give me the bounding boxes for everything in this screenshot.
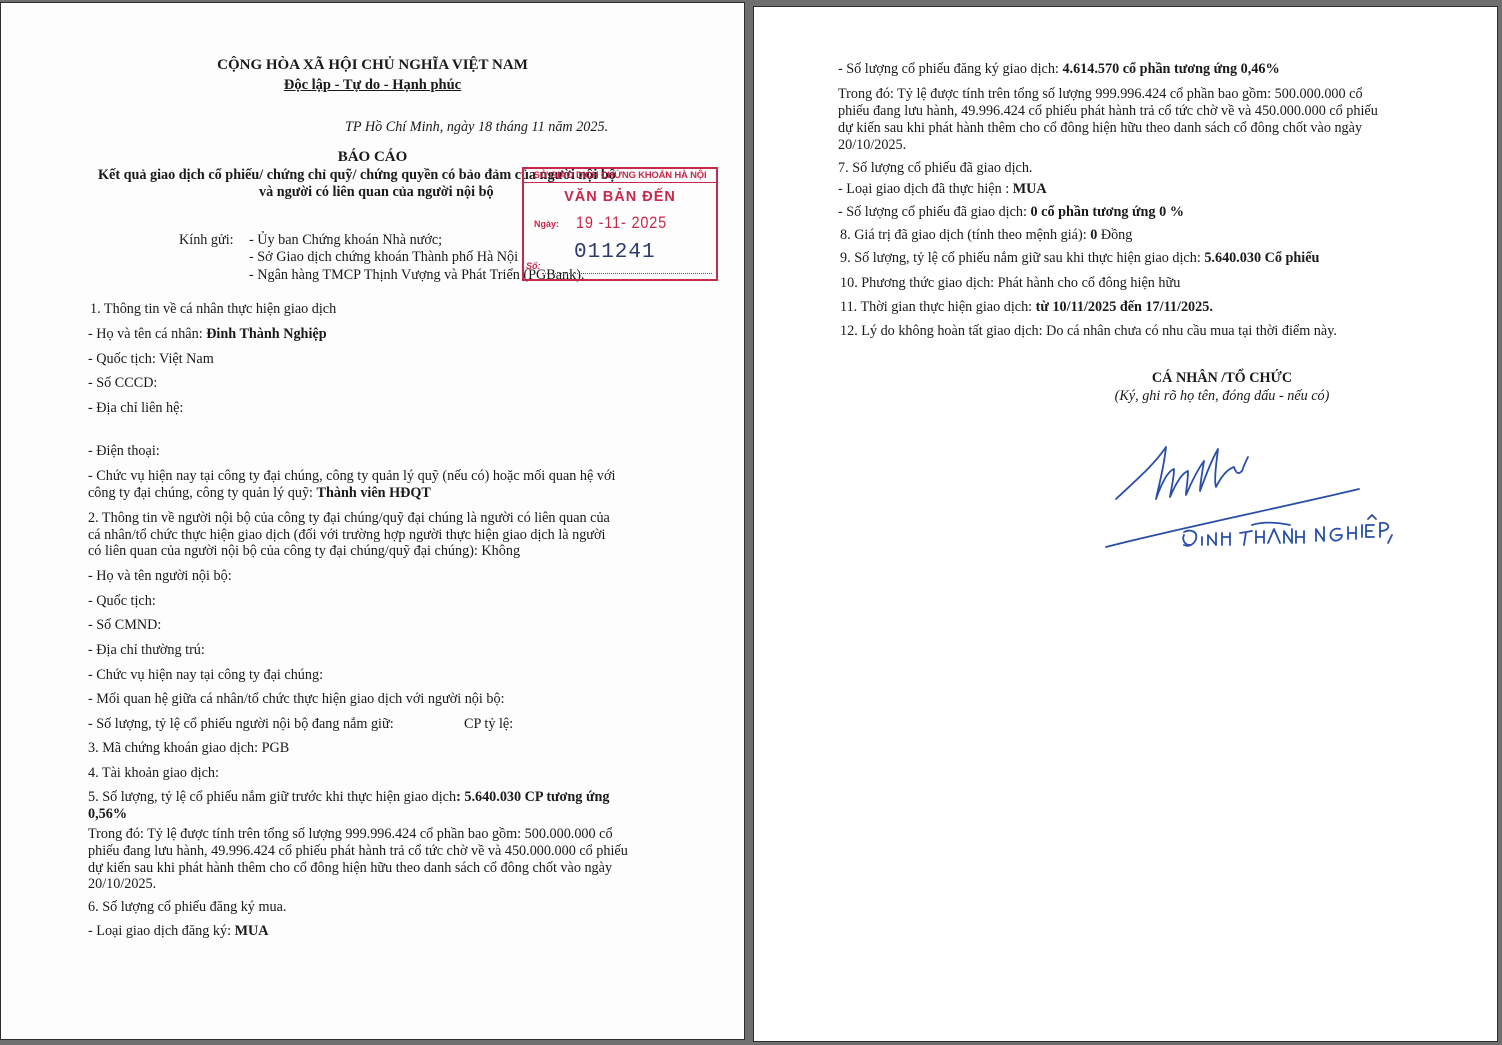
- section-8-label: 8. Giá trị đã giao dịch (tính theo mệnh …: [840, 227, 1090, 243]
- section-10: 10. Phương thức giao dịch: Phát hành cho…: [840, 275, 1180, 291]
- section-5-row: 5. Số lượng, tỷ lệ cổ phiếu nắm giữ trướ…: [88, 789, 609, 805]
- insider-id-row: - Số CMND:: [88, 617, 161, 633]
- stamp-org: SỞ GIAO DỊCH CHỨNG KHOÁN HÀ NỘI: [524, 170, 716, 183]
- registered-note-2: phiếu đang lưu hành, 49.996.424 cổ phiếu…: [838, 103, 1378, 119]
- section-5-label: 5. Số lượng, tỷ lệ cổ phiếu nắm giữ trướ…: [88, 789, 456, 805]
- position-row-2: công ty đại chúng, công ty quản lý quỹ: …: [88, 485, 431, 501]
- stamp-number-label: Số:: [526, 261, 541, 271]
- section-5-note-1: Trong đó: Tỷ lệ được tính trên tổng số l…: [88, 826, 613, 842]
- section-7-type-label: - Loại giao dịch đã thực hiện :: [838, 181, 1013, 197]
- stamp-date: 19 -11- 2025: [576, 213, 667, 233]
- registered-note-4: 20/10/2025.: [838, 137, 906, 153]
- position-value: Thành viên HĐQT: [317, 485, 431, 501]
- place-date: TP Hồ Chí Minh, ngày 18 tháng 11 năm 202…: [345, 119, 608, 135]
- section-11-label: 11. Thời gian thực hiện giao dịch:: [840, 299, 1036, 315]
- section-6-heading: 6. Số lượng cổ phiếu đăng ký mua.: [88, 899, 286, 915]
- recipients-label: Kính gửi:: [179, 232, 234, 248]
- section-5-note-4: 20/10/2025.: [88, 876, 156, 892]
- section-7-qty-value: 0 cổ phần tương ứng 0 %: [1031, 204, 1184, 220]
- signature-title: CÁ NHÂN /TỔ CHỨC: [1114, 370, 1330, 386]
- stamp-date-label: Ngày:: [534, 219, 559, 229]
- insider-address-row: - Địa chỉ thường trú:: [88, 642, 205, 658]
- section-7-type-row: - Loại giao dịch đã thực hiện : MUA: [838, 181, 1047, 197]
- stamp-title: VĂN BẢN ĐẾN: [524, 189, 716, 205]
- section-3: 3. Mã chứng khoán giao dịch: PGB: [88, 740, 289, 756]
- registered-note-1: Trong đó: Tỷ lệ được tính trên tổng số l…: [838, 86, 1363, 102]
- stamp-number: 011241: [574, 241, 656, 264]
- section-11-row: 11. Thời gian thực hiện giao dịch: từ 10…: [840, 299, 1213, 315]
- recipient-item: - Ủy ban Chứng khoán Nhà nước;: [249, 232, 442, 248]
- section-1-heading: 1. Thông tin về cá nhân thực hiện giao d…: [90, 301, 336, 317]
- section-2-heading-3: có liên quan của người nội bộ của công t…: [88, 543, 520, 559]
- section-6-type-label: - Loại giao dịch đăng ký:: [88, 923, 235, 939]
- position-label: công ty đại chúng, công ty quản lý quỹ:: [88, 485, 317, 501]
- section-5-note-3: dự kiến sau khi phát hành thêm cho cổ đô…: [88, 860, 612, 876]
- stamp-dotted-line: [542, 273, 712, 274]
- received-document-stamp: SỞ GIAO DỊCH CHỨNG KHOÁN HÀ NỘI VĂN BẢN …: [522, 167, 718, 281]
- section-9-row: 9. Số lượng, tỷ lệ cổ phiếu nắm giữ sau …: [840, 250, 1319, 266]
- document-page-1: CỘNG HÒA XÃ HỘI CHỦ NGHĨA VIỆT NAM Độc l…: [0, 2, 745, 1040]
- national-motto: Độc lập - Tự do - Hạnh phúc: [1, 77, 744, 93]
- position-row-1: - Chức vụ hiện nay tại công ty đại chúng…: [88, 468, 615, 484]
- signature-instruction: (Ký, ghi rõ họ tên, đóng dấu - nếu có): [1094, 388, 1350, 404]
- section-2-heading-1: 2. Thông tin về người nội bộ của công ty…: [88, 510, 610, 526]
- national-title: CỘNG HÒA XÃ HỘI CHỦ NGHĨA VIỆT NAM: [1, 57, 744, 73]
- id-card-row: - Số CCCD:: [88, 375, 157, 391]
- person-name-label: - Họ và tên cá nhân:: [88, 326, 206, 342]
- section-12: 12. Lý do không hoàn tất giao dịch: Do c…: [840, 323, 1337, 339]
- section-5-ratio: 0,56%: [88, 806, 127, 822]
- section-5-value: : 5.640.030 CP tương ứng: [456, 789, 609, 805]
- insider-holding-ratio: CP tỷ lệ:: [464, 716, 513, 732]
- registered-note-3: dự kiến sau khi phát hành thêm cho cổ đô…: [838, 120, 1362, 136]
- registered-qty-value: 4.614.570 cổ phần tương ứng 0,46%: [1062, 61, 1279, 77]
- section-7-qty-row: - Số lượng cổ phiếu đã giao dịch: 0 cổ p…: [838, 204, 1184, 220]
- insider-holding-row: - Số lượng, tỷ lệ cổ phiếu người nội bộ …: [88, 716, 394, 732]
- section-5-note-2: phiếu đang lưu hành, 49.996.424 cổ phiếu…: [88, 843, 628, 859]
- person-name-row: - Họ và tên cá nhân: Đinh Thành Nghiệp: [88, 326, 327, 342]
- section-6-type-value: MUA: [235, 923, 269, 939]
- section-11-value: từ 10/11/2025 đến 17/11/2025.: [1036, 299, 1213, 315]
- section-7-type-value: MUA: [1013, 181, 1047, 197]
- section-7-heading: 7. Số lượng cổ phiếu đã giao dịch.: [838, 160, 1032, 176]
- insider-nationality-row: - Quốc tịch:: [88, 593, 156, 609]
- report-title: BÁO CÁO: [1, 149, 744, 165]
- address-row: - Địa chỉ liên hệ:: [88, 400, 183, 416]
- document-page-2: - Số lượng cổ phiếu đăng ký giao dịch: 4…: [753, 6, 1498, 1042]
- section-7-qty-label: - Số lượng cổ phiếu đã giao dịch:: [838, 204, 1031, 220]
- nationality-row: - Quốc tịch: Việt Nam: [88, 351, 214, 367]
- insider-position-row: - Chức vụ hiện nay tại công ty đại chúng…: [88, 667, 323, 683]
- phone-row: - Điện thoại:: [88, 443, 160, 459]
- handwritten-signature: [1104, 427, 1444, 567]
- section-8-row: 8. Giá trị đã giao dịch (tính theo mệnh …: [840, 227, 1132, 243]
- report-subtitle-2: và người có liên quan của người nội bộ: [259, 184, 494, 200]
- insider-name-row: - Họ và tên người nội bộ:: [88, 568, 232, 584]
- recipient-item: - Sở Giao dịch chứng khoán Thành phố Hà …: [249, 249, 518, 265]
- registered-qty-label: - Số lượng cổ phiếu đăng ký giao dịch:: [838, 61, 1062, 77]
- person-name-value: Đinh Thành Nghiệp: [206, 326, 326, 342]
- section-4: 4. Tài khoản giao dịch:: [88, 765, 219, 781]
- registered-qty-row: - Số lượng cổ phiếu đăng ký giao dịch: 4…: [838, 61, 1280, 77]
- section-2-heading-2: cá nhân/tổ chức thực hiện giao dịch (đối…: [88, 527, 605, 543]
- section-9-value: 5.640.030 Cổ phiếu: [1204, 250, 1319, 266]
- insider-relationship-row: - Mối quan hệ giữa cá nhân/tổ chức thực …: [88, 691, 505, 707]
- section-6-type-row: - Loại giao dịch đăng ký: MUA: [88, 923, 268, 939]
- section-9-label: 9. Số lượng, tỷ lệ cổ phiếu nắm giữ sau …: [840, 250, 1204, 266]
- section-8-unit: Đồng: [1097, 227, 1132, 243]
